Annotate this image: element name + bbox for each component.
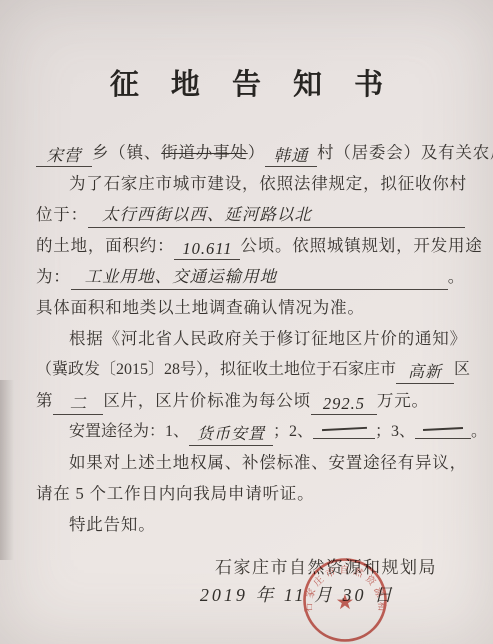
location-underline: 太行西街以西、延河路以北 <box>88 203 465 228</box>
township-handwritten-fill: 宋营 <box>36 146 92 167</box>
district-suffix-text: 区 <box>454 361 470 378</box>
para1-line3: 的土地，面积约：10.611公顷。依照城镇规划，开发用途 <box>36 230 465 261</box>
para1-line2: 位于： 太行西街以西、延河路以北 <box>36 199 465 230</box>
use-period-text: 。 <box>448 261 465 292</box>
struck-street-office-text: 街道办事处 <box>161 143 248 162</box>
issuing-agency: 石家庄市自然资源和规划局 <box>0 553 493 578</box>
para2-line3: 第二区片，区片价标准为每公顷292.5万元。 <box>36 385 465 416</box>
area-handwritten-fill: 10.611 <box>174 239 240 260</box>
blank-option-3 <box>415 418 471 439</box>
para1-line1: 为了石家庄市城市建设，依照法律规定，拟征收你村 <box>36 168 465 199</box>
land-use-underline: 工业用地、交通运输用地 <box>71 265 448 290</box>
district-handwritten-fill: 高新 <box>396 363 454 384</box>
objection-line2: 请在 5 个工作日内向我局申请听证。 <box>36 478 465 509</box>
dash-mark <box>423 427 463 431</box>
closing-line: 特此告知。 <box>36 509 465 540</box>
para1-line4: 为： 工业用地、交通运输用地 。 <box>36 261 465 292</box>
area-label: 的土地，面积约： <box>36 236 174 255</box>
location-handwritten-fill: 太行西街以西、延河路以北 <box>102 205 312 224</box>
resettlement-label: 安置途径为：1、 <box>69 423 189 440</box>
block-post-text: 万元。 <box>377 391 429 410</box>
issue-date-handwritten: 2019 年 11 月 30 日 <box>0 581 493 607</box>
block-number-handwritten-fill: 二 <box>53 394 103 415</box>
resettlement-period-text: 。 <box>471 423 487 440</box>
blank-option-2 <box>313 418 375 439</box>
block-mid-text: 区片，区片价标准为每公顷 <box>103 391 311 410</box>
land-use-handwritten-fill: 工业用地、交通运输用地 <box>85 267 278 286</box>
document-body: 宋营乡（镇、街道办事处）韩通村（居委会）及有关农户: 为了石家庄市城市建设，依照… <box>0 137 493 540</box>
dash-mark <box>322 427 367 431</box>
block-pre-text: 第 <box>36 391 53 410</box>
area-suffix-text: 公顷。依照城镇规划，开发用途 <box>240 236 482 255</box>
use-label: 为： <box>36 261 71 292</box>
objection-line1: 如果对上述土地权属、补偿标准、安置途径有异议， <box>36 447 465 478</box>
resettlement-sep1-text: ；2、 <box>273 423 313 440</box>
resettlement-handwritten-fill: 货币安置 <box>189 425 273 446</box>
township-suffix-text: 乡（镇、 <box>92 143 161 162</box>
policy-ref-text: （冀政发〔2015〕28号），拟征收土地位于石家庄市 <box>36 361 396 378</box>
located-at-label: 位于： <box>36 199 88 230</box>
village-suffix-text: 村（居委会）及有关农户: <box>317 143 493 162</box>
notice-document: 征 地 告 知 书 宋营乡（镇、街道办事处）韩通村（居委会）及有关农户: 为了石… <box>0 0 493 644</box>
resettlement-sep2-text: ；3、 <box>375 423 415 440</box>
recipient-line: 宋营乡（镇、街道办事处）韩通村（居委会）及有关农户: <box>36 137 465 168</box>
para2-line1: 根据《河北省人民政府关于修订征地区片价的通知》 <box>36 323 465 354</box>
price-handwritten-fill: 292.5 <box>311 394 377 415</box>
document-title: 征 地 告 知 书 <box>0 0 493 103</box>
close-paren-text: ） <box>248 143 265 162</box>
resettlement-line: 安置途径为：1、货币安置；2、；3、。 <box>36 416 465 447</box>
para1-line5: 具体面积和地类以土地调查确认情况为准。 <box>36 292 465 323</box>
village-handwritten-fill: 韩通 <box>265 146 317 167</box>
para2-line2: （冀政发〔2015〕28号），拟征收土地位于石家庄市高新区 <box>36 354 465 385</box>
